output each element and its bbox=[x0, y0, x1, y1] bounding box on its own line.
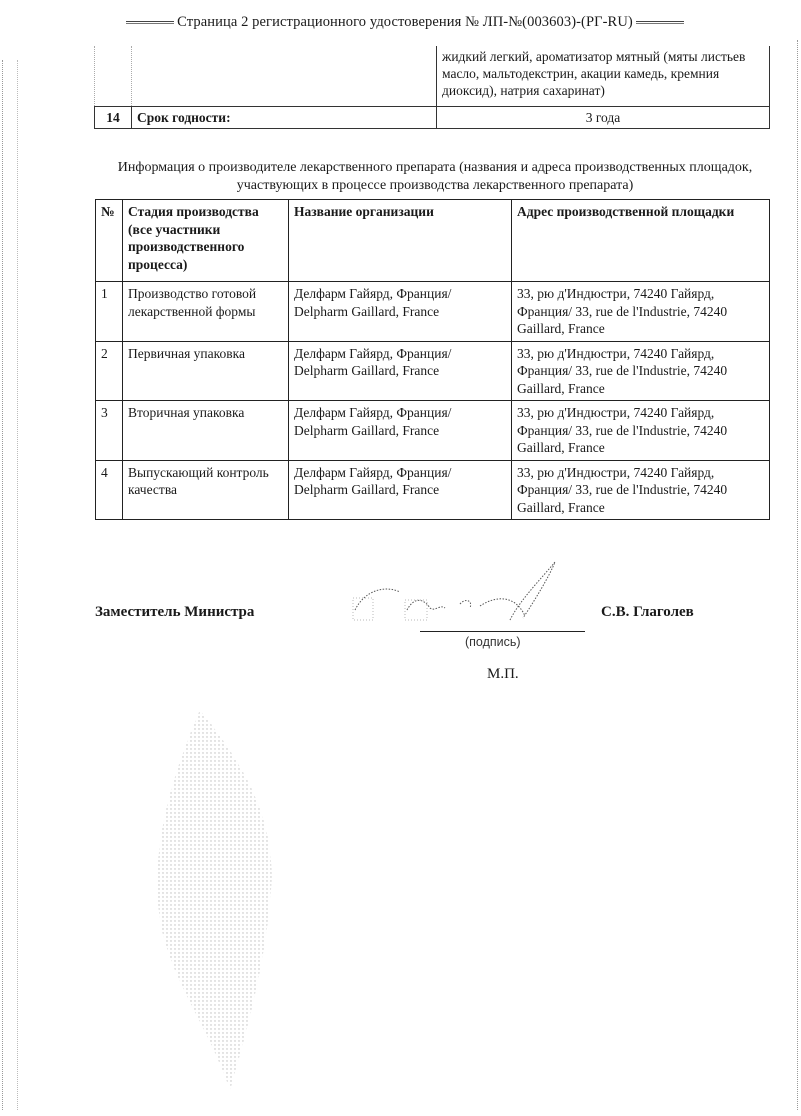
row-num: 3 bbox=[96, 401, 123, 461]
row-organization: Делфарм Гайярд, Франция/ Delpharm Gailla… bbox=[289, 341, 512, 401]
signatory-name: С.В. Глаголев bbox=[601, 604, 694, 621]
signature-caption: (подпись) bbox=[465, 635, 521, 649]
header-rule-left bbox=[126, 21, 174, 24]
stamp-watermark-icon bbox=[130, 700, 310, 1100]
signatory-title: Заместитель Министра bbox=[95, 604, 254, 621]
shelf-life-value: 3 года bbox=[437, 107, 770, 129]
row-stage: Вторичная упаковка bbox=[123, 401, 289, 461]
continued-properties-table: жидкий легкий, ароматизатор мятный (мяты… bbox=[94, 46, 770, 129]
row-address: 33, рю д'Индюстри, 74240 Гайярд, Франция… bbox=[512, 282, 770, 342]
signature-block: Заместитель Министра (подпись) С.В. Глаг… bbox=[95, 560, 775, 680]
page-header: Страница 2 регистрационного удостоверени… bbox=[90, 14, 720, 31]
row-stage: Производство готовой лекарственной формы bbox=[123, 282, 289, 342]
table-header-row: № Стадия производства (все участники про… bbox=[96, 200, 770, 282]
continued-value-cell: жидкий легкий, ароматизатор мятный (мяты… bbox=[437, 46, 770, 107]
heading-line-1: Информация о производителе лекарственног… bbox=[90, 159, 780, 177]
row-num: 1 bbox=[96, 282, 123, 342]
table-row: 3 Вторичная упаковка Делфарм Гайярд, Фра… bbox=[96, 401, 770, 461]
continued-label-cell bbox=[132, 46, 437, 107]
manufacturer-info-heading: Информация о производителе лекарственног… bbox=[90, 159, 780, 195]
header-address: Адрес производственной площадки bbox=[512, 200, 770, 282]
table-row-continued: жидкий легкий, ароматизатор мятный (мяты… bbox=[95, 46, 770, 107]
heading-line-2: участвующих в процессе производства лека… bbox=[90, 177, 780, 195]
table-row: 4 Выпускающий контроль качества Делфарм … bbox=[96, 460, 770, 520]
production-sites-table: № Стадия производства (все участники про… bbox=[95, 199, 770, 520]
row-num: 4 bbox=[96, 460, 123, 520]
continued-num-cell bbox=[95, 46, 132, 107]
row-number: 14 bbox=[95, 107, 132, 129]
header-rule-right bbox=[636, 21, 684, 24]
row-organization: Делфарм Гайярд, Франция/ Delpharm Gailla… bbox=[289, 282, 512, 342]
scan-edge-right bbox=[787, 40, 798, 1110]
row-address: 33, рю д'Индюстри, 74240 Гайярд, Франция… bbox=[512, 401, 770, 461]
shelf-life-label: Срок годности: bbox=[132, 107, 437, 129]
header-organization: Название организации bbox=[289, 200, 512, 282]
row-address: 33, рю д'Индюстри, 74240 Гайярд, Франция… bbox=[512, 460, 770, 520]
row-address: 33, рю д'Индюстри, 74240 Гайярд, Франция… bbox=[512, 341, 770, 401]
table-row-shelf-life: 14 Срок годности: 3 года bbox=[95, 107, 770, 129]
stamp-place-label: М.П. bbox=[487, 666, 519, 683]
row-num: 2 bbox=[96, 341, 123, 401]
signature-line bbox=[420, 631, 585, 632]
scan-edge-left bbox=[2, 60, 18, 1110]
table-row: 1 Производство готовой лекарственной фор… bbox=[96, 282, 770, 342]
header-stage: Стадия производства (все участники произ… bbox=[123, 200, 289, 282]
handwritten-signature-icon bbox=[345, 560, 595, 632]
header-text: Страница 2 регистрационного удостоверени… bbox=[174, 14, 636, 30]
row-organization: Делфарм Гайярд, Франция/ Delpharm Gailla… bbox=[289, 401, 512, 461]
row-organization: Делфарм Гайярд, Франция/ Delpharm Gailla… bbox=[289, 460, 512, 520]
header-num: № bbox=[96, 200, 123, 282]
table-row: 2 Первичная упаковка Делфарм Гайярд, Фра… bbox=[96, 341, 770, 401]
row-stage: Выпускающий контроль качества bbox=[123, 460, 289, 520]
row-stage: Первичная упаковка bbox=[123, 341, 289, 401]
